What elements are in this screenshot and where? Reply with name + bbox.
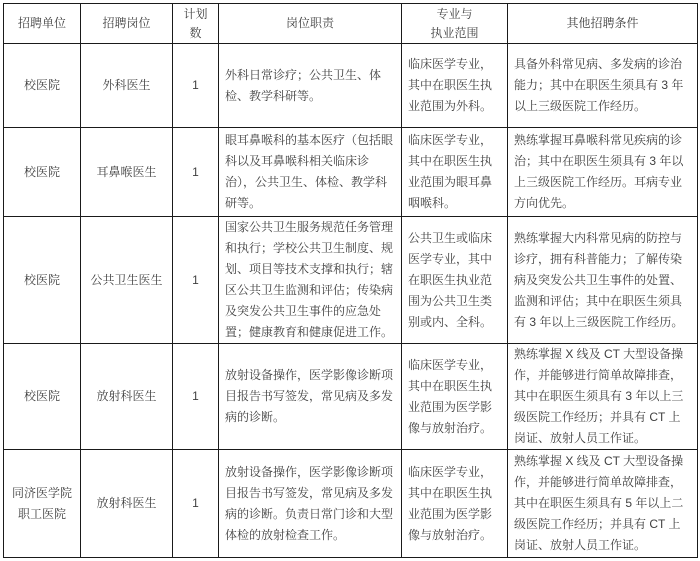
- cell-scope: 临床医学专业，其中在职医生执业范围为外科。: [402, 44, 508, 128]
- table-row-4: 校医院 放射科医生 1 放射设备操作，医学影像诊断项目报告书写签发，常见病及多发…: [4, 344, 698, 450]
- header-conditions: 其他招聘条件: [508, 4, 698, 44]
- header-position: 招聘岗位: [81, 4, 173, 44]
- header-duties: 岗位职责: [219, 4, 402, 44]
- cell-conditions: 熟练掌握耳鼻喉科常见疾病的诊治；其中在职医生须具有 3 年以上三级医院工作经历。…: [508, 128, 698, 217]
- cell-position: 公共卫生医生: [81, 217, 173, 344]
- cell-duties: 放射设备操作，医学影像诊断项目报告书写签发，常见病及多发病的诊断。负责日常门诊和…: [219, 450, 402, 558]
- table-row-3: 校医院 公共卫生医生 1 国家公共卫生服务规范任务管理和执行；学校公共卫生制度、…: [4, 217, 698, 344]
- cell-duties: 外科日常诊疗；公共卫生、体检、教学科研等。: [219, 44, 402, 128]
- cell-count: 1: [173, 450, 219, 558]
- table-row-2: 校医院 耳鼻喉医生 1 眼耳鼻喉科的基本医疗（包括眼科以及耳鼻喉科相关临床诊治）…: [4, 128, 698, 217]
- cell-scope: 临床医学专业，其中在职医生执业范围为医学影像与放射治疗。: [402, 450, 508, 558]
- cell-conditions: 熟练掌握大内科常见病的防控与诊疗，拥有科普能力；了解传染病及突发公共卫生事件的处…: [508, 217, 698, 344]
- header-scope: 专业与 执业范围: [402, 4, 508, 44]
- cell-position: 耳鼻喉医生: [81, 128, 173, 217]
- cell-unit: 校医院: [4, 44, 81, 128]
- cell-count: 1: [173, 217, 219, 344]
- cell-position: 放射科医生: [81, 344, 173, 450]
- cell-position: 外科医生: [81, 44, 173, 128]
- header-row: 招聘单位 招聘岗位 计划 数 岗位职责 专业与 执业范围 其他招聘条件: [4, 4, 698, 44]
- cell-conditions: 熟练掌握 X 线及 CT 大型设备操作，并能够进行简单故障排查，其中在职医生须具…: [508, 344, 698, 450]
- cell-unit: 校医院: [4, 344, 81, 450]
- cell-conditions: 具备外科常见病、多发病的诊治能力；其中在职医生须具有 3 年以上三级医院工作经历…: [508, 44, 698, 128]
- cell-count: 1: [173, 44, 219, 128]
- cell-scope: 临床医学专业，其中在职医生执业范围为医学影像与放射治疗。: [402, 344, 508, 450]
- cell-count: 1: [173, 128, 219, 217]
- cell-position: 放射科医生: [81, 450, 173, 558]
- cell-scope: 公共卫生或临床医学专业，其中在职医生执业范围为公共卫生类别或内、全科。: [402, 217, 508, 344]
- recruitment-table: 招聘单位 招聘岗位 计划 数 岗位职责 专业与 执业范围 其他招聘条件 校医院 …: [3, 3, 698, 558]
- cell-conditions: 熟练掌握 X 线及 CT 大型设备操作，并能够进行简单故障排查，其中在职医生须具…: [508, 450, 698, 558]
- header-count: 计划 数: [173, 4, 219, 44]
- cell-unit: 校医院: [4, 128, 81, 217]
- cell-scope: 临床医学专业，其中在职医生执业范围为眼耳鼻咽喉科。: [402, 128, 508, 217]
- cell-duties: 放射设备操作，医学影像诊断项目报告书写签发，常见病及多发病的诊断。: [219, 344, 402, 450]
- table-row-5: 同济医学院职工医院 放射科医生 1 放射设备操作，医学影像诊断项目报告书写签发，…: [4, 450, 698, 558]
- table-row-1: 校医院 外科医生 1 外科日常诊疗；公共卫生、体检、教学科研等。 临床医学专业，…: [4, 44, 698, 128]
- cell-duties: 国家公共卫生服务规范任务管理和执行；学校公共卫生制度、规划、项目等技术支撑和执行…: [219, 217, 402, 344]
- header-unit: 招聘单位: [4, 4, 81, 44]
- cell-count: 1: [173, 344, 219, 450]
- cell-unit: 同济医学院职工医院: [4, 450, 81, 558]
- cell-unit: 校医院: [4, 217, 81, 344]
- cell-duties: 眼耳鼻喉科的基本医疗（包括眼科以及耳鼻喉科相关临床诊治），公共卫生、体检、教学科…: [219, 128, 402, 217]
